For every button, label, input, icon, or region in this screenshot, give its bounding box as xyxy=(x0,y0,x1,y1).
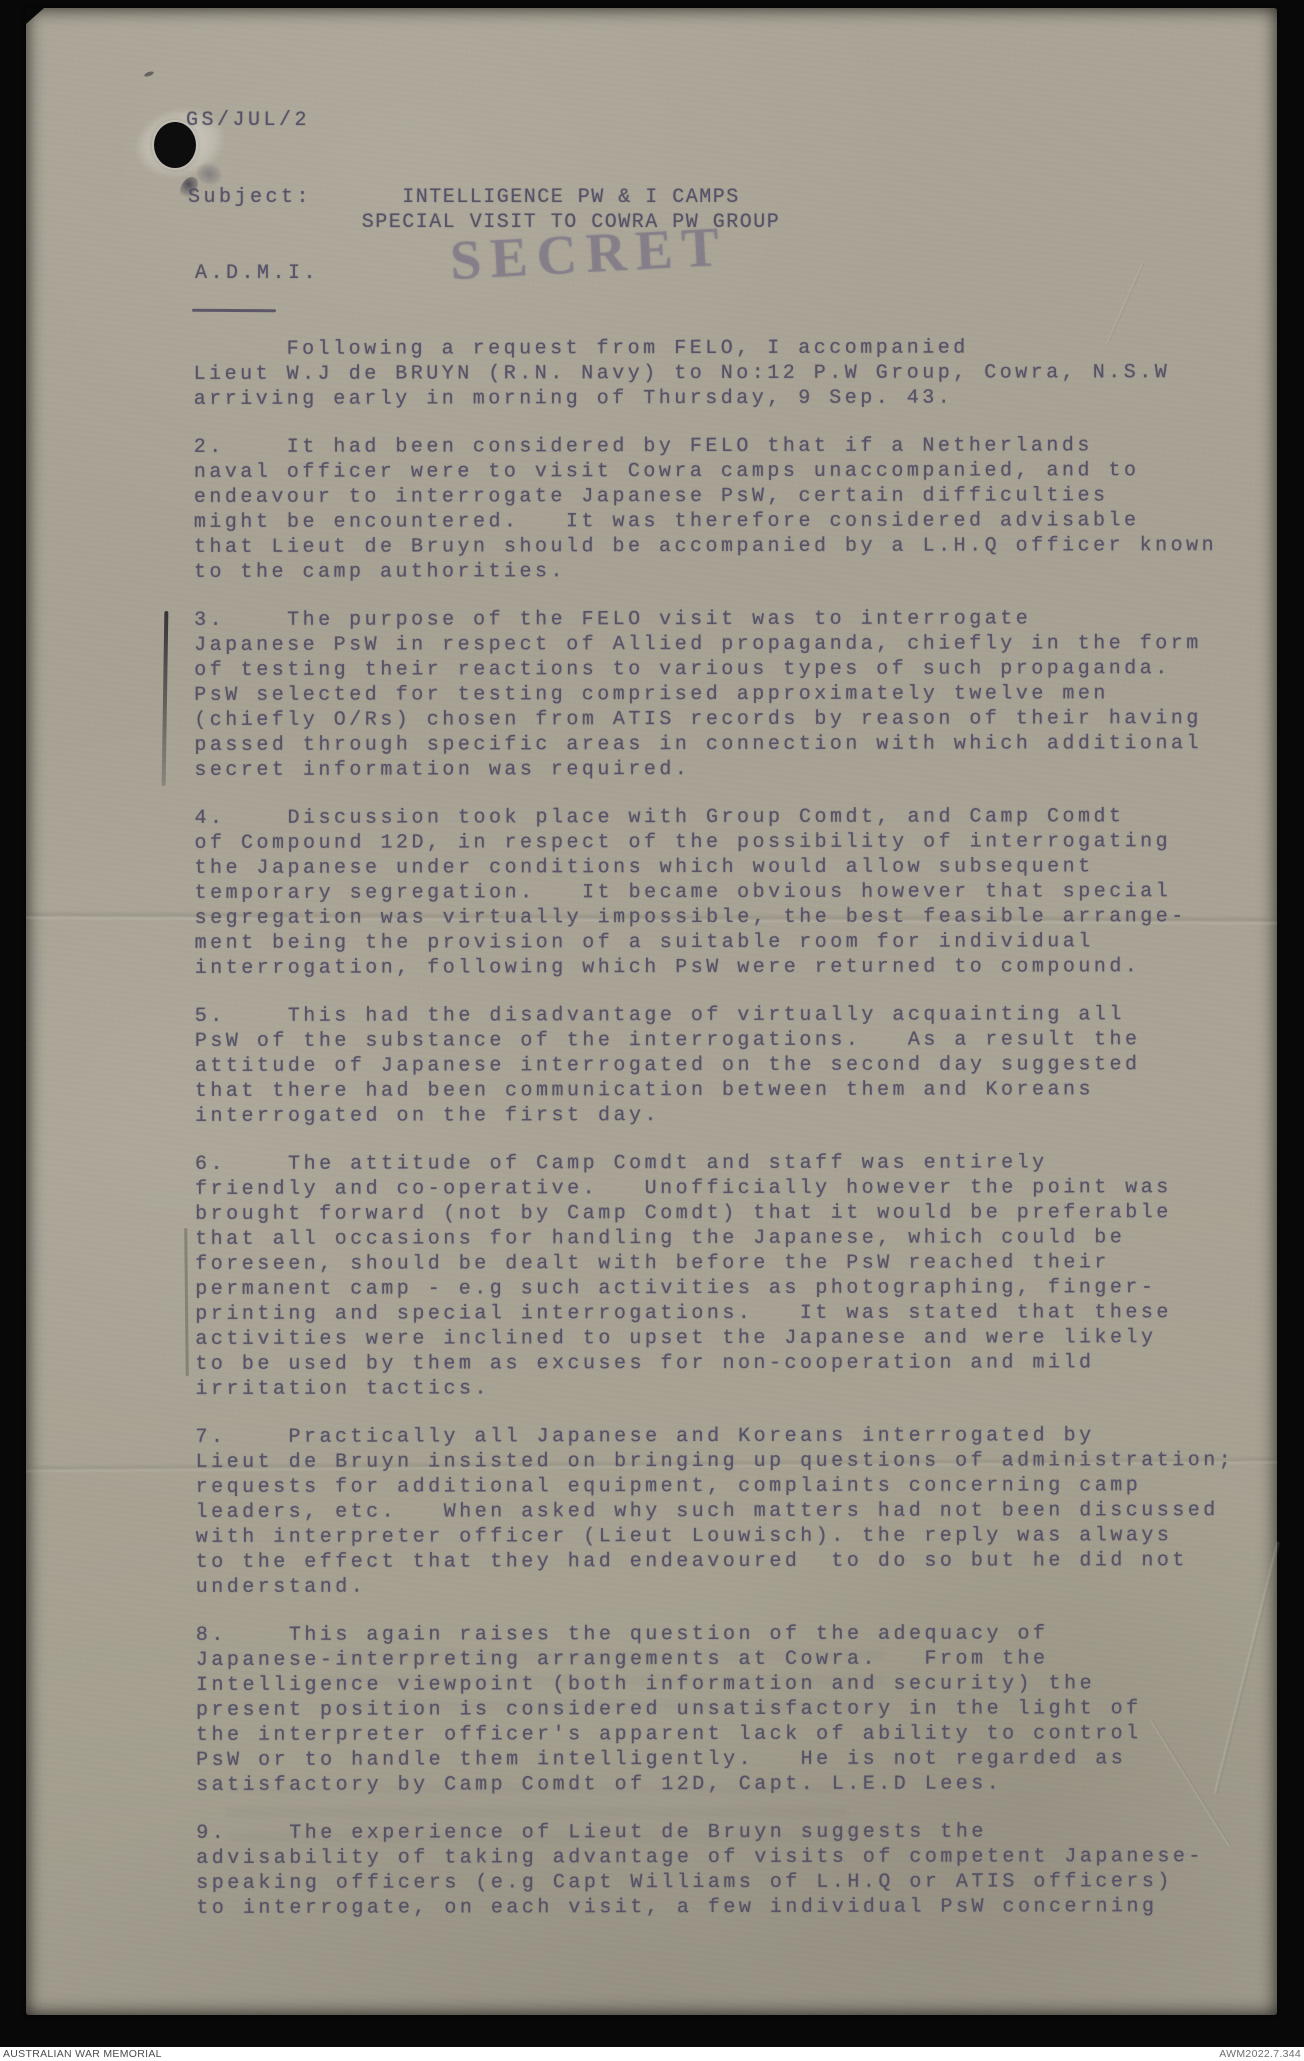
text-line: segregation was virtually impossible, th… xyxy=(195,904,1234,931)
text-line: 4. Discussion took place with Group Comd… xyxy=(194,804,1233,831)
footer-bar: AUSTRALIAN WAR MEMORIAL AWM2022.7.344 xyxy=(0,2047,1304,2061)
text-line: PsW or to handle them intelligently. He … xyxy=(196,1746,1235,1773)
text-line: Following a request from FELO, I accompa… xyxy=(194,335,1233,362)
secret-stamp: SECRET xyxy=(449,215,730,293)
text-line: passed through specific areas in connect… xyxy=(194,731,1233,758)
text-line: foreseen, should be dealt with before th… xyxy=(195,1250,1234,1277)
text-line: understand. xyxy=(196,1573,1235,1600)
text-line: 9. The experience of Lieut de Bruyn sugg… xyxy=(196,1819,1235,1846)
text-line: arriving early in morning of Thursday, 9… xyxy=(194,385,1233,412)
text-line: the interpreter officer's apparent lack … xyxy=(196,1721,1235,1748)
subject-label: Subject: xyxy=(188,185,312,210)
text-line: activities were inclined to upset the Ja… xyxy=(195,1325,1234,1352)
text-line: interrogation, following which PsW were … xyxy=(195,954,1234,981)
margin-pencil-mark xyxy=(162,611,169,786)
text-line: advisability of taking advantage of visi… xyxy=(196,1844,1235,1871)
text-line: ment being the provision of a suitable r… xyxy=(195,929,1234,956)
paragraph: 8. This again raises the question of the… xyxy=(196,1621,1235,1798)
addressee: A.D.M.I. xyxy=(195,261,319,286)
text-line: speaking officers (e.g Capt Williams of … xyxy=(196,1869,1235,1896)
text-line: might be encountered. It was therefore c… xyxy=(194,508,1233,535)
text-line: Japanese PsW in respect of Allied propag… xyxy=(194,631,1233,658)
text-line: naval officer were to visit Cowra camps … xyxy=(194,458,1233,485)
text-line: to the camp authorities. xyxy=(194,558,1233,585)
reference-number: GS/JUL/2 xyxy=(186,108,310,133)
pencil-speck xyxy=(144,70,155,77)
text-line: PsW selected for testing comprised appro… xyxy=(194,681,1233,708)
text-line: that all occasions for handling the Japa… xyxy=(195,1225,1234,1252)
paragraph: 6. The attitude of Camp Comdt and staff … xyxy=(195,1150,1234,1402)
text-line: Japanese-interpreting arrangements at Co… xyxy=(196,1646,1235,1673)
text-line: friendly and co-operative. Unofficially … xyxy=(195,1175,1234,1202)
paragraph: Following a request from FELO, I accompa… xyxy=(194,335,1233,412)
text-line: 5. This had the disadvantage of virtuall… xyxy=(195,1002,1234,1029)
paragraph: 4. Discussion took place with Group Comd… xyxy=(194,804,1233,981)
text-line: irritation tactics. xyxy=(195,1375,1234,1402)
text-line: 8. This again raises the question of the… xyxy=(196,1621,1235,1648)
text-line: temporary segregation. It became obvious… xyxy=(195,879,1234,906)
text-line: interrogated on the first day. xyxy=(195,1102,1234,1129)
paragraph: 9. The experience of Lieut de Bruyn sugg… xyxy=(196,1819,1235,1921)
addressee-underline xyxy=(192,309,276,313)
paragraph: 5. This had the disadvantage of virtuall… xyxy=(195,1002,1234,1129)
document-page: GS/JUL/2 Subject: INTELLIGENCE PW & I CA… xyxy=(26,8,1277,2015)
paragraph: 2. It had been considered by FELO that i… xyxy=(194,433,1233,585)
text-line: (chiefly O/Rs) chosen from ATIS records … xyxy=(194,706,1233,733)
text-line: with interpreter officer (Lieut Louwisch… xyxy=(196,1523,1235,1550)
text-line: PsW of the substance of the interrogatio… xyxy=(195,1027,1234,1054)
text-line: to be used by them as excuses for non-co… xyxy=(195,1350,1234,1377)
text-line: that Lieut de Bruyn should be accompanie… xyxy=(194,533,1233,560)
text-line: attitude of Japanese interrogated on the… xyxy=(195,1052,1234,1079)
text-line: of Compound 12D, in respect of the possi… xyxy=(194,829,1233,856)
scan-background: GS/JUL/2 Subject: INTELLIGENCE PW & I CA… xyxy=(0,0,1304,2061)
text-line: secret information was required. xyxy=(194,756,1233,783)
text-line: endeavour to interrogate Japanese PsW, c… xyxy=(194,483,1233,510)
text-line: permanent camp - e.g such activities as … xyxy=(195,1275,1234,1302)
text-line: Lieut W.J de BRUYN (R.N. Navy) to No:12 … xyxy=(194,360,1233,387)
text-line: the Japanese under conditions which woul… xyxy=(195,854,1234,881)
text-line: printing and special interrogations. It … xyxy=(195,1300,1234,1327)
text-line: that there had been communication betwee… xyxy=(195,1077,1234,1104)
crumple-crease xyxy=(1106,261,1145,344)
archive-accession-number: AWM2022.7.344 xyxy=(1219,2048,1301,2060)
text-line: 7. Practically all Japanese and Koreans … xyxy=(195,1423,1234,1450)
text-line: of testing their reactions to various ty… xyxy=(194,656,1233,683)
text-line: present position is considered unsatisfa… xyxy=(196,1696,1235,1723)
document-body: Following a request from FELO, I accompa… xyxy=(194,335,1235,1944)
text-line: 3. The purpose of the FELO visit was to … xyxy=(194,606,1233,633)
text-line: requests for additional equipment, compl… xyxy=(196,1473,1235,1500)
title-line-1: INTELLIGENCE PW & I CAMPS xyxy=(326,185,816,210)
text-line: Intelligence viewpoint (both information… xyxy=(196,1671,1235,1698)
text-line: 2. It had been considered by FELO that i… xyxy=(194,433,1233,460)
archive-name: AUSTRALIAN WAR MEMORIAL xyxy=(3,2048,162,2060)
folded-corner xyxy=(26,8,44,24)
text-line: to the effect that they had endeavoured … xyxy=(196,1548,1235,1575)
text-line: satisfactory by Camp Comdt of 12D, Capt.… xyxy=(196,1771,1235,1798)
text-line: leaders, etc. When asked why such matter… xyxy=(196,1498,1235,1525)
text-line: brought forward (not by Camp Comdt) that… xyxy=(195,1200,1234,1227)
paragraph: 3. The purpose of the FELO visit was to … xyxy=(194,606,1233,783)
text-line: Lieut de Bruyn insisted on bringing up q… xyxy=(196,1448,1235,1475)
text-line: to interrogate, on each visit, a few ind… xyxy=(196,1894,1235,1921)
text-line: 6. The attitude of Camp Comdt and staff … xyxy=(195,1150,1234,1177)
paragraph: 7. Practically all Japanese and Koreans … xyxy=(195,1423,1234,1600)
margin-pencil-mark xyxy=(184,1228,189,1376)
